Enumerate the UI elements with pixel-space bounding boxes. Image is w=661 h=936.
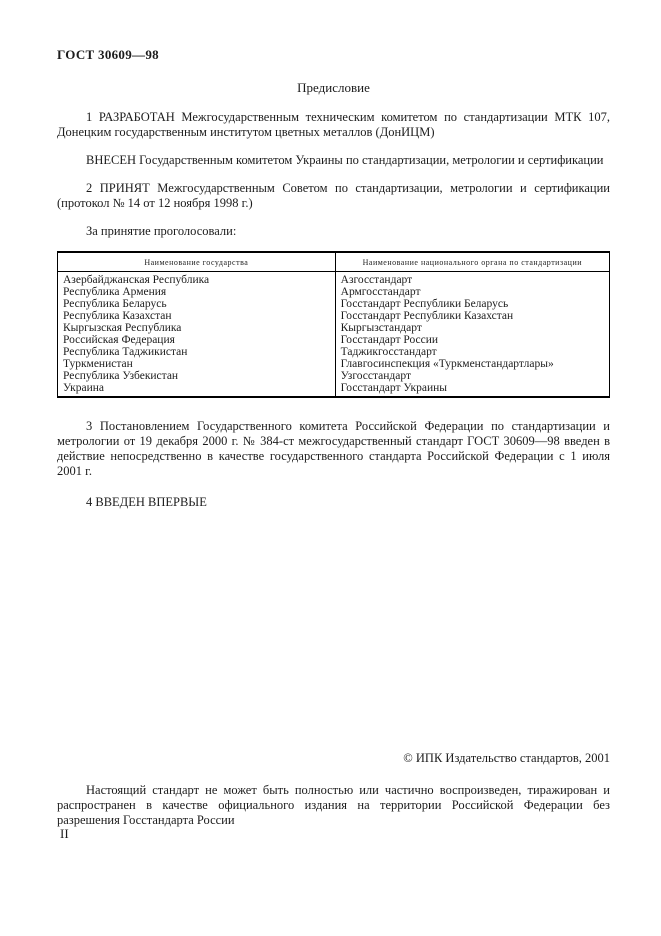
table-cell: Туркменистан	[58, 358, 336, 370]
vote-table-header-body: Наименование национального органа по ста…	[335, 252, 609, 272]
table-cell: Республика Казахстан	[58, 310, 336, 322]
table-row: Кыргызская РеспубликаКыргызстандарт	[58, 322, 610, 334]
footer-note: Настоящий стандарт не может быть полност…	[57, 783, 610, 828]
table-cell: Украина	[58, 382, 336, 397]
table-row: Азербайджанская РеспубликаАзгосстандарт	[58, 272, 610, 287]
table-cell: Госстандарт Украины	[335, 382, 609, 397]
table-cell: Госстандарт Республики Беларусь	[335, 298, 609, 310]
page-title: Предисловие	[57, 80, 610, 96]
table-cell: Кыргызская Республика	[58, 322, 336, 334]
table-cell: Республика Узбекистан	[58, 370, 336, 382]
table-row: Российская ФедерацияГосстандарт России	[58, 334, 610, 346]
doc-code: ГОСТ 30609—98	[57, 47, 610, 63]
vote-table: Наименование государства Наименование на…	[57, 251, 610, 398]
paragraph-first-introduced: 4 ВВЕДЕН ВПЕРВЫЕ	[57, 495, 610, 510]
table-row: Республика КазахстанГосстандарт Республи…	[58, 310, 610, 322]
vote-table-header-state: Наименование государства	[58, 252, 336, 272]
paragraph-developed: 1 РАЗРАБОТАН Межгосударственным техничес…	[57, 110, 610, 140]
page-content: ГОСТ 30609—98 Предисловие 1 РАЗРАБОТАН М…	[0, 0, 661, 510]
vote-table-header-row: Наименование государства Наименование на…	[58, 252, 610, 272]
table-row: Республика АрменияАрмгосстандарт	[58, 286, 610, 298]
table-cell: Госстандарт Республики Казахстан	[335, 310, 609, 322]
vote-table-body: Азербайджанская РеспубликаАзгосстандартР…	[58, 272, 610, 398]
table-cell: Узгосстандарт	[335, 370, 609, 382]
paragraph-enacted: 3 Постановлением Государственного комите…	[57, 419, 610, 479]
table-cell: Республика Таджикистан	[58, 346, 336, 358]
table-cell: Республика Армения	[58, 286, 336, 298]
page-number: II	[60, 826, 69, 842]
table-cell: Кыргызстандарт	[335, 322, 609, 334]
table-cell: Российская Федерация	[58, 334, 336, 346]
table-cell: Азгосстандарт	[335, 272, 609, 287]
table-row: Республика УзбекистанУзгосстандарт	[58, 370, 610, 382]
table-row: Республика ТаджикистанТаджикгосстандарт	[58, 346, 610, 358]
paragraph-submitted: ВНЕСЕН Государственным комитетом Украины…	[57, 153, 610, 168]
table-cell: Республика Беларусь	[58, 298, 336, 310]
document-page: ГОСТ 30609—98 Предисловие 1 РАЗРАБОТАН М…	[0, 0, 661, 936]
table-row: Республика БеларусьГосстандарт Республик…	[58, 298, 610, 310]
paragraph-accepted: 2 ПРИНЯТ Межгосударственным Советом по с…	[57, 181, 610, 211]
copyright-line: © ИПК Издательство стандартов, 2001	[403, 751, 610, 766]
table-cell: Главгосинспекция «Туркменстандартлары»	[335, 358, 609, 370]
table-cell: Госстандарт России	[335, 334, 609, 346]
table-cell: Армгосстандарт	[335, 286, 609, 298]
table-cell: Таджикгосстандарт	[335, 346, 609, 358]
paragraph-vote-intro: За принятие проголосовали:	[57, 224, 610, 239]
table-row: ТуркменистанГлавгосинспекция «Туркменста…	[58, 358, 610, 370]
table-cell: Азербайджанская Республика	[58, 272, 336, 287]
table-row: УкраинаГосстандарт Украины	[58, 382, 610, 397]
vote-table-head: Наименование государства Наименование на…	[58, 252, 610, 272]
